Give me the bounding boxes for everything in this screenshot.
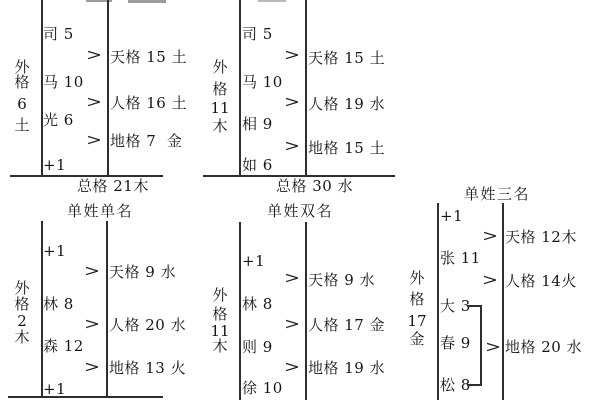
waige-char: 格 [11, 75, 33, 90]
plus-one-entry: +1 [242, 253, 265, 269]
name-entry: 如 6 [242, 157, 273, 173]
name-entry: 则 9 [242, 339, 273, 355]
tiange-result: 天格 12木 [505, 229, 577, 245]
dige-result: 地格 13 火 [109, 360, 186, 376]
waige-value: 11 [209, 101, 231, 116]
zongge-result: 总格 21木 [77, 178, 149, 194]
name-column-left-line [239, 222, 241, 400]
arrow-icon: > [284, 317, 300, 331]
name-column-right-line [502, 203, 504, 400]
numerology-diagram-sheet: 外 格 6 土 司 5 马 10 光 6 +1 > > > 天格 15 土 人格… [0, 0, 600, 400]
waige-element: 木 [209, 119, 231, 134]
waige-element: 木 [209, 339, 231, 354]
name-entry: 光 6 [43, 112, 74, 128]
plus-one-entry: +1 [440, 208, 463, 224]
name-entry: 森 12 [43, 338, 84, 354]
name-column-left-line [239, 0, 241, 176]
tiange-result: 天格 15 土 [110, 49, 187, 65]
name-entry: 徐 10 [242, 380, 283, 396]
cutoff-text-artifact [128, 0, 166, 3]
name-entry: 春 9 [440, 335, 471, 351]
renge-result: 人格 17 金 [308, 317, 385, 333]
diagram-title: 单姓双名 [267, 203, 333, 219]
waige-value: 6 [11, 97, 33, 112]
arrow-icon: > [485, 340, 501, 354]
tiange-result: 天格 15 土 [308, 50, 385, 66]
plus-one-entry: +1 [43, 157, 66, 173]
renge-result: 人格 19 水 [308, 96, 385, 112]
renge-result: 人格 14火 [505, 273, 577, 289]
tiange-result: 天格 9 水 [308, 272, 375, 288]
arrow-icon: > [284, 139, 300, 153]
zongge-result: 总格 30 水 [276, 178, 353, 194]
waige-char: 外 [209, 60, 231, 75]
waige-char: 格 [209, 307, 231, 322]
waige-element: 金 [406, 332, 428, 347]
waige-char: 外 [11, 281, 33, 296]
waige-element: 木 [11, 330, 33, 345]
zongge-baseline [8, 396, 163, 398]
name-entry: 司 5 [242, 26, 273, 42]
waige-char: 格 [209, 82, 231, 97]
name-entry: 林 8 [43, 296, 74, 312]
arrow-icon: > [86, 133, 102, 147]
arrow-icon: > [86, 48, 102, 62]
bracket-bottom-stub [467, 384, 482, 386]
waige-value: 17 [406, 314, 428, 329]
dige-result: 地格 19 水 [308, 360, 385, 376]
waige-char: 外 [209, 288, 231, 303]
name-entry: 司 5 [43, 26, 74, 42]
waige-value: 2 [11, 314, 33, 329]
name-entry: 林 8 [242, 296, 273, 312]
waige-element: 土 [11, 118, 33, 133]
plus-one-entry: +1 [43, 243, 66, 259]
arrow-icon: > [284, 360, 300, 374]
dige-result: 地格 7 金 [110, 133, 182, 149]
name-column-right-line [107, 0, 109, 176]
waige-char: 外 [406, 271, 428, 286]
name-entry: 相 9 [242, 116, 273, 132]
name-entry: 张 11 [440, 250, 481, 266]
bracket-vertical [480, 305, 482, 386]
arrow-icon: > [284, 95, 300, 109]
diagram-title: 单姓三名 [464, 186, 530, 202]
arrow-icon: > [284, 48, 300, 62]
name-column-right-line [305, 222, 307, 400]
renge-result: 人格 20 水 [109, 317, 186, 333]
name-column-right-line [106, 221, 108, 397]
waige-char: 格 [11, 297, 33, 312]
name-column-right-line [305, 0, 307, 176]
name-entry: 马 10 [242, 74, 283, 90]
plus-one-entry: +1 [43, 381, 66, 397]
arrow-icon: > [84, 360, 100, 374]
dige-result: 地格 20 水 [505, 339, 582, 355]
name-column-left-line [437, 203, 439, 400]
arrow-icon: > [482, 273, 498, 287]
arrow-icon: > [84, 317, 100, 331]
arrow-icon: > [482, 229, 498, 243]
diagram-title: 单姓单名 [67, 203, 133, 219]
arrow-icon: > [284, 271, 300, 285]
name-entry: 马 10 [43, 74, 84, 90]
renge-result: 人格 16 土 [110, 95, 187, 111]
arrow-icon: > [86, 95, 102, 109]
tiange-result: 天格 9 水 [109, 264, 176, 280]
cutoff-text-artifact [258, 0, 286, 2]
dige-result: 地格 15 土 [308, 140, 385, 156]
arrow-icon: > [84, 264, 100, 278]
waige-char: 格 [406, 292, 428, 307]
